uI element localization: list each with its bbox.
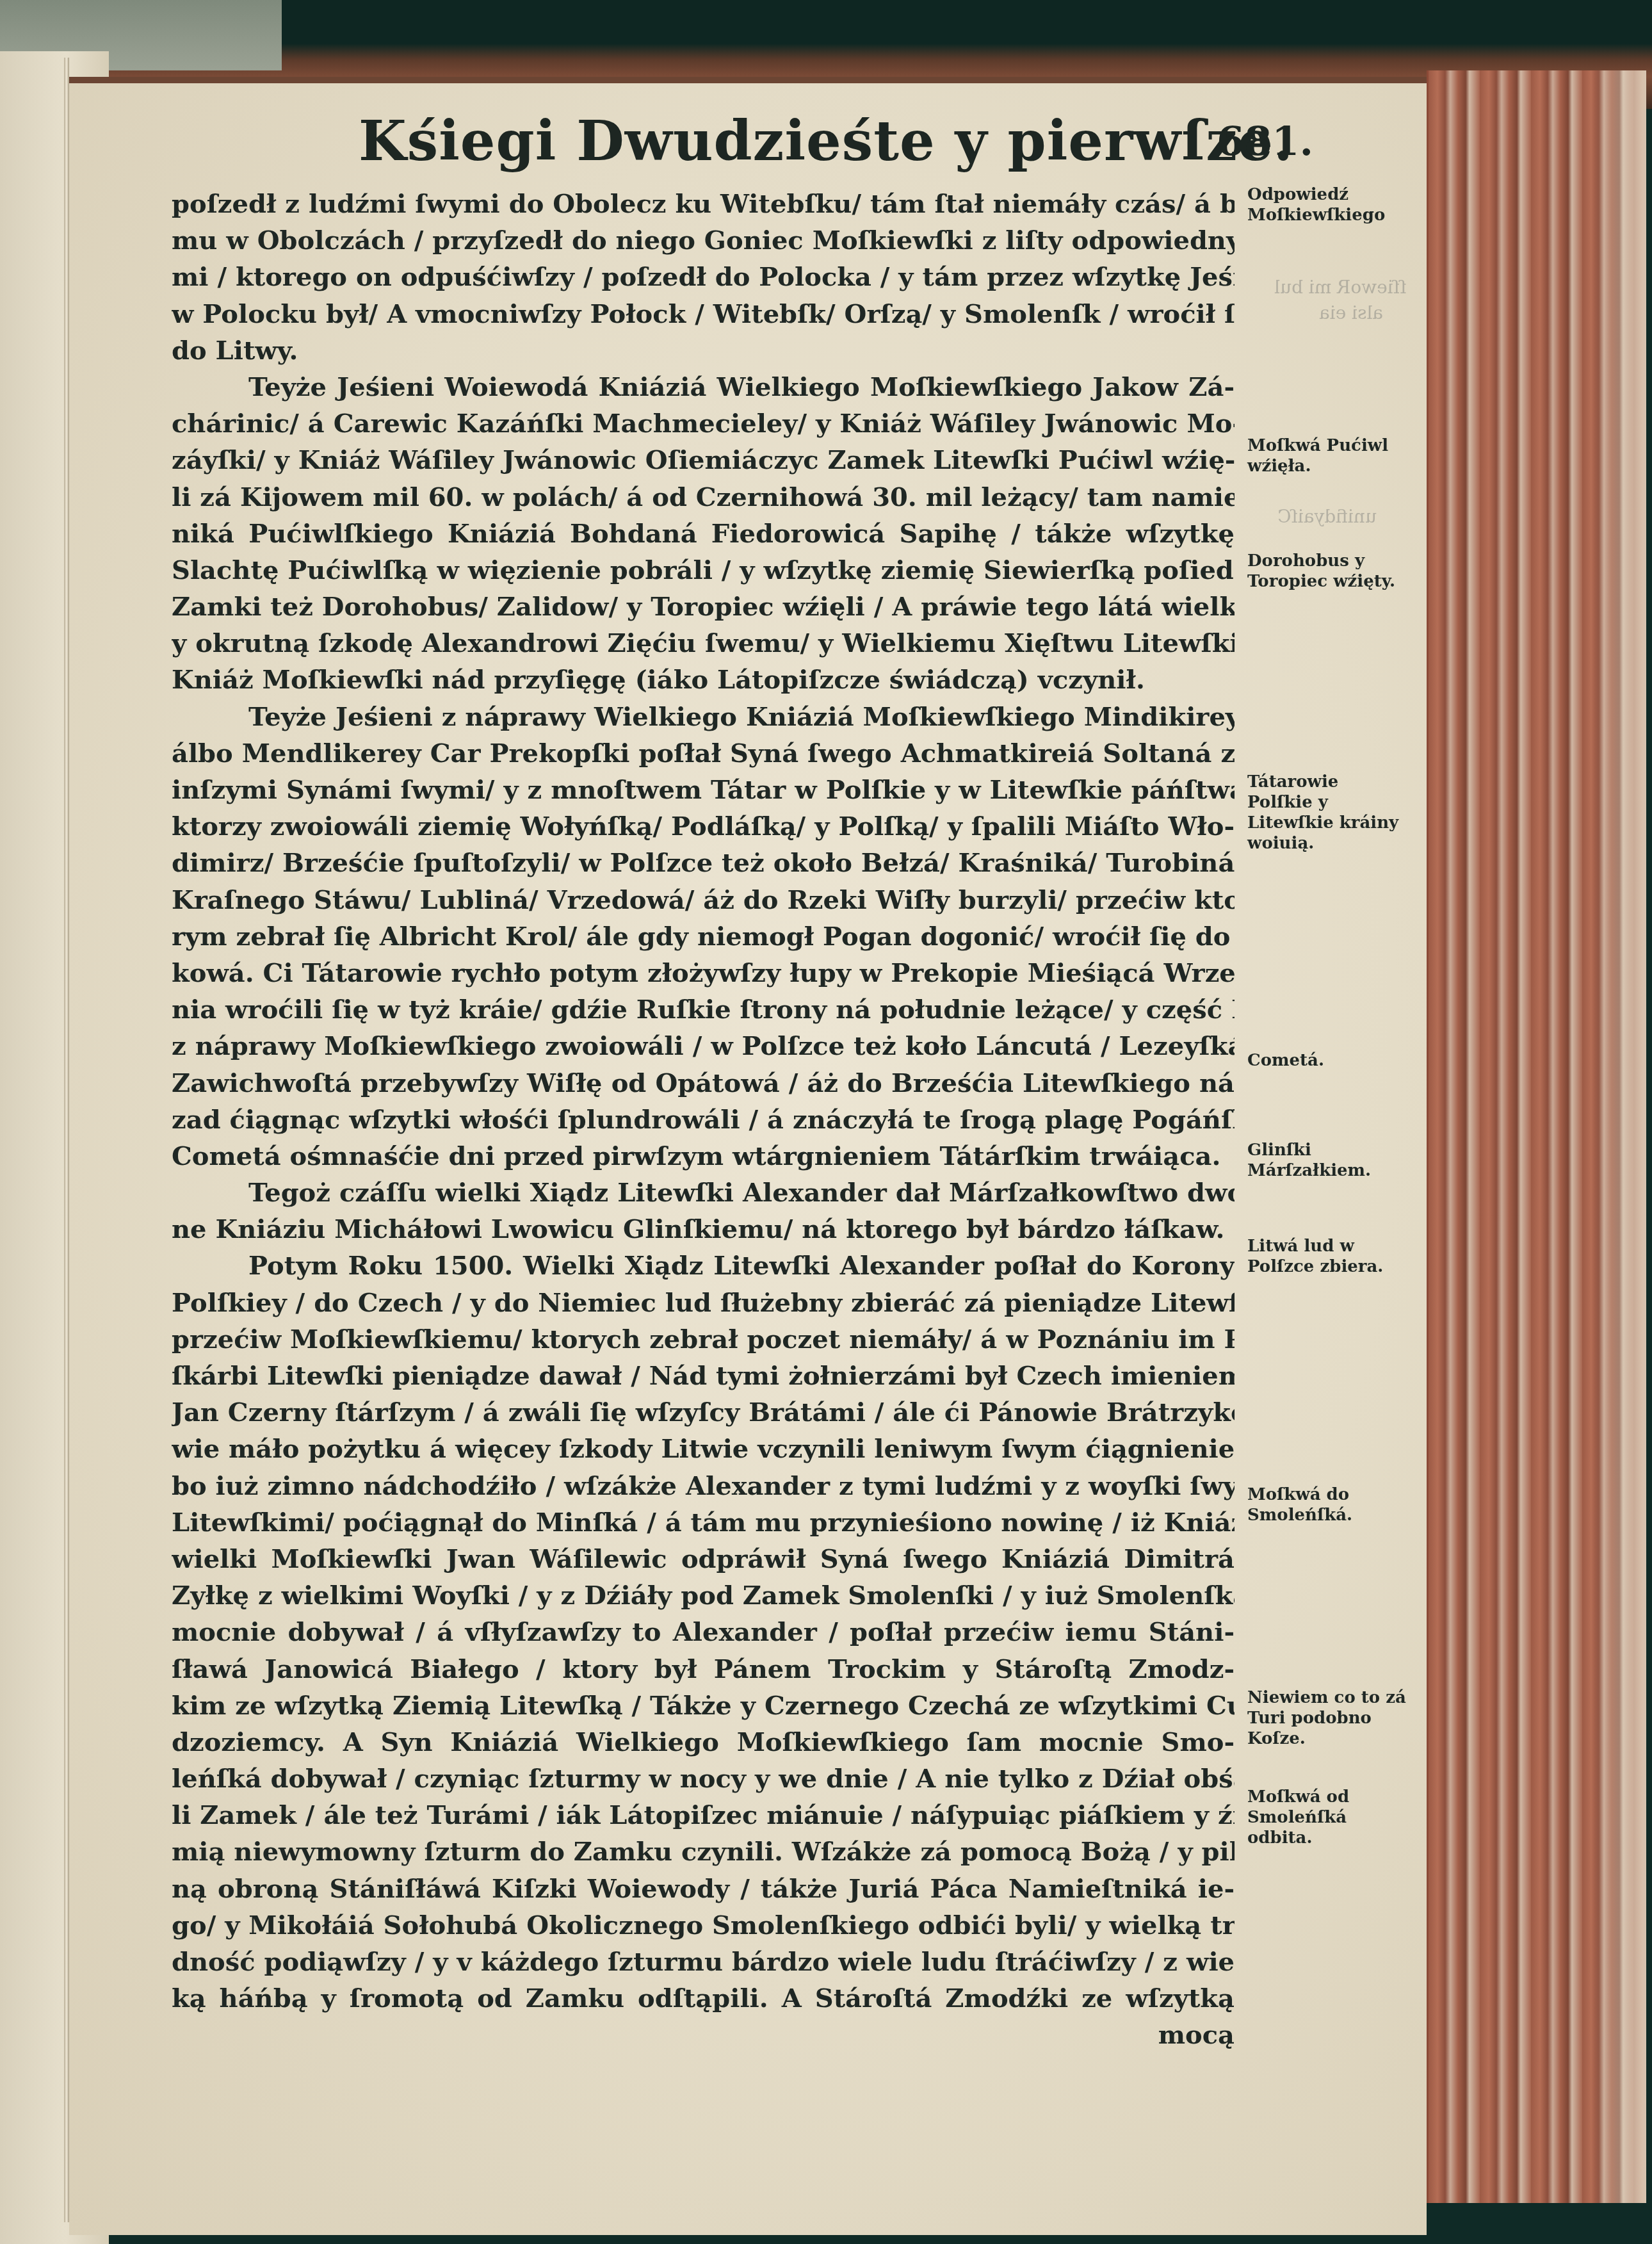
text-line: ſławá Janowicá Białego / ktory był Pánem… xyxy=(172,1651,1235,1687)
text-line: Slachtę Pućiwlſką w więzienie pobráli / … xyxy=(172,552,1235,589)
margin-note: Niewiem co to zá Turi podobno Koſze. xyxy=(1247,1687,1407,1749)
text-line: ne Kniáziu Micháłowi Lwowicu Glinſkiemu/… xyxy=(172,1211,1235,1248)
margin-note: Moſkwá od Smoleńſká odbita. xyxy=(1247,1787,1407,1848)
body-text: poſzedł z ludźmi ſwymi do Obolecz ku Wit… xyxy=(172,186,1235,2054)
margin-note: Odpowiedź Moſkiewſkiego xyxy=(1247,184,1407,225)
text-line: inſzymi Synámi ſwymi/ y z mnoſtwem Tátar… xyxy=(172,772,1235,808)
text-line: rym zebrał ſię Albricht Krol/ ále gdy ni… xyxy=(172,918,1235,955)
text-line: Tegoż czáſſu wielki Xiądz Litewſki Alexa… xyxy=(172,1175,1235,1211)
text-line: nia wroćili ſię w tyż kráie/ gdźie Ruſki… xyxy=(172,991,1235,1028)
text-line: dzoziemcy. A Syn Kniáziá Wielkiego Moſki… xyxy=(172,1724,1235,1760)
ink-bleed: ſſiewoR mi bul xyxy=(1274,277,1406,298)
text-line: mocnie dobywał / á vſłyſzawſzy to Alexan… xyxy=(172,1614,1235,1650)
text-line: przećiw Moſkiewſkiemu/ ktorych zebrał po… xyxy=(172,1321,1235,1358)
text-line: dność podiąwſzy / y v káżdego ſzturmu bá… xyxy=(172,1944,1235,1980)
text-line: Kniáż Moſkiewſki nád przyſięgę (iáko Lát… xyxy=(172,662,1235,698)
text-line: zad ćiągnąc wſzytki włośći ſplundrowáli … xyxy=(172,1102,1235,1138)
text-line: Teyże Jeśieni Woiewodá Kniáziá Wielkiego… xyxy=(172,369,1235,405)
text-line: kowá. Ci Tátarowie rychło potym złożywſz… xyxy=(172,955,1235,991)
text-line: Kraſnego Stáwu/ Lubliná/ Vrzedowá/ áż do… xyxy=(172,882,1235,918)
margin-note: Moſkwá do Smoleńſká. xyxy=(1247,1484,1407,1525)
text-line: li zá Kijowem mil 60. w polách/ á od Cze… xyxy=(172,479,1235,516)
text-line: z náprawy Moſkiewſkiego zwoiowáli / w Po… xyxy=(172,1028,1235,1064)
margin-note: Dorohobus y Toropiec wźięty. xyxy=(1247,551,1407,592)
margin-note: Litwá lud w Polſzce zbiera. xyxy=(1247,1236,1407,1277)
text-line: wielki Moſkiewſki Jwan Wáſilewic odpráwi… xyxy=(172,1541,1235,1577)
book-gutter xyxy=(64,58,69,2222)
page-number: 681. xyxy=(1217,118,1313,165)
text-line: Zawichwoſtá przebywſzy Wiſłę od Opátowá … xyxy=(172,1065,1235,1102)
text-line: chárinic/ á Carewic Kazáńſki Machmeciele… xyxy=(172,405,1235,442)
margin-note: Glinſki Márſzałkiem. xyxy=(1247,1140,1407,1181)
text-line: Jan Czerny ſtárſzym / á zwáli ſię wſzyſc… xyxy=(172,1394,1235,1431)
text-line: Polſkiey / do Czech / y do Niemiec lud ſ… xyxy=(172,1285,1235,1321)
text-line: álbo Mendlikerey Car Prekopſki poſłał Sy… xyxy=(172,735,1235,772)
text-line: mocą xyxy=(172,2017,1235,2053)
text-line: leńſká dobywał / czyniąc ſzturmy w nocy … xyxy=(172,1760,1235,1797)
text-line: Zyłkę z wielkimi Woyſki / y z Dźiáły pod… xyxy=(172,1577,1235,1614)
text-line: dimirz/ Brześćie ſpuſtoſzyli/ w Polſzce … xyxy=(172,845,1235,881)
text-line: wie máło pożytku á więcey ſzkody Litwie … xyxy=(172,1431,1235,1467)
text-line: ką háńbą y ſromotą od Zamku odſtąpili. A… xyxy=(172,1980,1235,2017)
text-line: Litewſkimi/ poćiągnął do Minſká / á tám … xyxy=(172,1504,1235,1541)
text-line: Teyże Jeśieni z náprawy Wielkiego Kniázi… xyxy=(172,699,1235,735)
text-line: w Polocku był/ A vmocniwſzy Połock / Wit… xyxy=(172,296,1235,332)
text-line: Cometá ośmnaśćie dni przed pirwſzym wtár… xyxy=(172,1138,1235,1175)
text-line: ną obroną Stániſłáwá Kiſzki Woiewody / t… xyxy=(172,1871,1235,1907)
text-line: bo iuż zimno nádchodźiło / wſzákże Alexa… xyxy=(172,1468,1235,1504)
text-line: do Litwy. xyxy=(172,332,1235,369)
text-line: ſkárbi Litewſki pieniądze dawał / Nád ty… xyxy=(172,1358,1235,1394)
text-line: Zamki też Dorohobus/ Zalidow/ y Toropiec… xyxy=(172,589,1235,625)
text-line: niká Pućiwlſkiego Kniáziá Bohdaná Fiedor… xyxy=(172,516,1235,552)
ink-bleed: unifidyaiſC xyxy=(1277,506,1377,527)
text-line: poſzedł z ludźmi ſwymi do Obolecz ku Wit… xyxy=(172,186,1235,222)
text-line: mu w Obolczách / przyſzedł do niego Goni… xyxy=(172,222,1235,259)
text-line: ktorzy zwoiowáli ziemię Wołyńſką/ Podláſ… xyxy=(172,808,1235,845)
text-line: go/ y Mikołáiá Sołohubá Okolicznego Smol… xyxy=(172,1907,1235,1944)
red-fore-edge xyxy=(1427,70,1646,2203)
text-line: li Zamek / ále też Turámi / iák Látopiſz… xyxy=(172,1797,1235,1833)
margin-note: Cometá. xyxy=(1247,1050,1407,1071)
text-line: y okrutną ſzkodę Alexandrowi Zięćiu ſwem… xyxy=(172,625,1235,662)
page-header: Kśiegi Dwudzieśte y pierwſze. 681. xyxy=(359,109,1357,179)
margin-note: Moſkwá Pućiwl wźięła. xyxy=(1247,435,1407,476)
running-title: Kśiegi Dwudzieśte y pierwſze. xyxy=(359,109,1293,174)
text-line: záyſki/ y Kniáż Wáſiley Jwánowic Oſiemiá… xyxy=(172,442,1235,478)
margin-note: Tátarowie Polſkie y Litewſkie kráiny woi… xyxy=(1247,772,1407,854)
text-line: mią niewymowny ſzturm do Zamku czynili. … xyxy=(172,1833,1235,1870)
ink-bleed: alsi eia xyxy=(1319,302,1383,323)
text-line: Potym Roku 1500. Wielki Xiądz Litewſki A… xyxy=(172,1248,1235,1284)
text-line: mi / ktorego on odpuśćiwſzy / poſzedł do… xyxy=(172,259,1235,295)
text-line: kim ze wſzytką Ziemią Litewſką / Tákże y… xyxy=(172,1687,1235,1724)
